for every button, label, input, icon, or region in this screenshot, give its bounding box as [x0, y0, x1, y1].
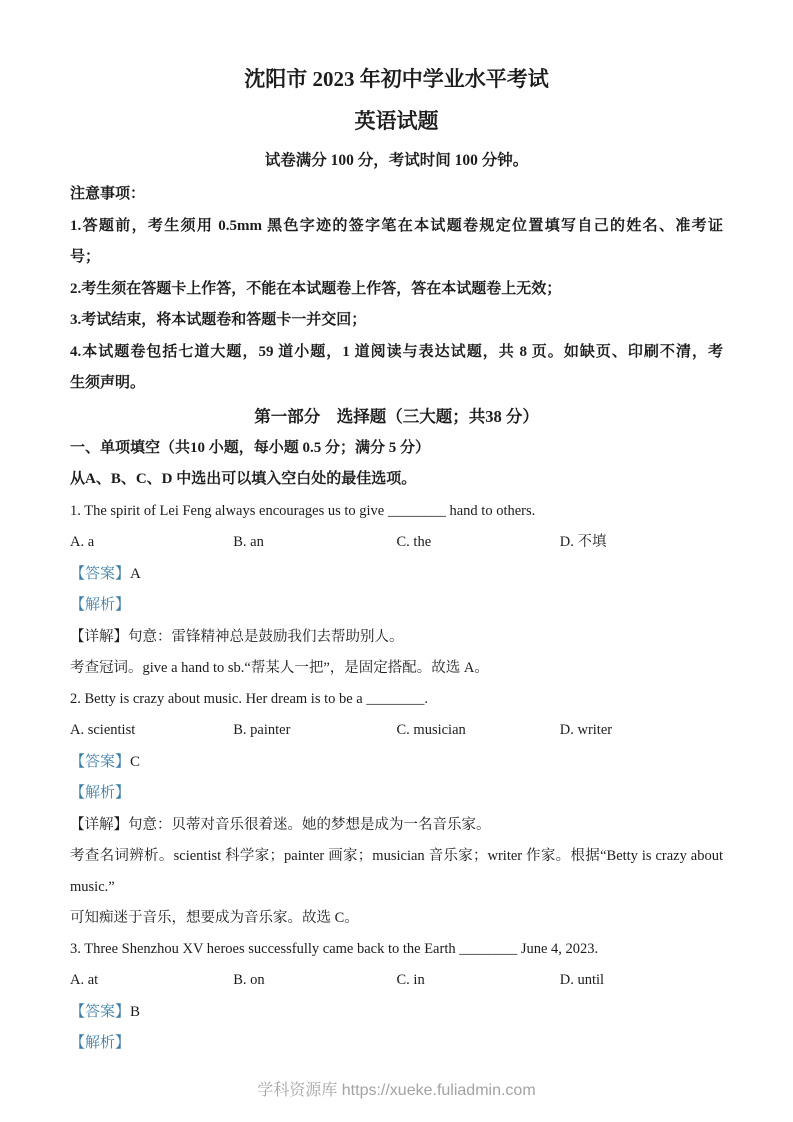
option: D. writer — [560, 715, 723, 747]
answer-value: C — [130, 754, 140, 770]
detail-line: 【详解】句意：雷锋精神总是鼓励我们去帮助别人。 — [70, 622, 723, 653]
notice-list: 1.答题前，考生须用 0.5mm 黑色字迹的签字笔在本试题卷规定位置填写自己的姓… — [70, 211, 723, 400]
footer-watermark: 学科资源库 https://xueke.fuliadmin.com — [0, 1077, 793, 1100]
option: C. the — [397, 527, 560, 559]
question-block: 2. Betty is crazy about music. Her dream… — [70, 684, 723, 934]
option: A. a — [70, 527, 233, 559]
notice-line: 4.本试题卷包括七道大题，59 道小题，1 道阅读与表达试题，共 8 页。如缺页… — [70, 337, 723, 369]
option: D. until — [560, 965, 723, 997]
question-text: 2. Betty is crazy about music. Her dream… — [70, 684, 723, 716]
question-text: 3. Three Shenzhou XV heroes successfully… — [70, 934, 723, 966]
exam-paper-page: 沈阳市 2023 年初中学业水平考试 英语试题 试卷满分 100 分，考试时间 … — [0, 0, 793, 1122]
question-block: 1. The spirit of Lei Feng always encoura… — [70, 496, 723, 684]
answer-label: 【答案】 — [70, 1004, 130, 1020]
options-row: A. atB. onC. inD. until — [70, 965, 723, 997]
option: C. musician — [397, 715, 560, 747]
option: B. on — [233, 965, 396, 997]
option: B. painter — [233, 715, 396, 747]
option: D. 不填 — [560, 527, 723, 559]
options-row: A. scientistB. painterC. musicianD. writ… — [70, 715, 723, 747]
notice-line: 号； — [70, 242, 723, 274]
detail-line: 考查名词辨析。scientist 科学家；painter 画家；musician… — [70, 841, 723, 903]
exam-title: 沈阳市 2023 年初中学业水平考试 — [70, 58, 723, 100]
notice-heading: 注意事项： — [70, 179, 723, 211]
answer-value: A — [130, 566, 141, 582]
analysis-label: 【解析】 — [70, 1035, 130, 1051]
question-block: 3. Three Shenzhou XV heroes successfully… — [70, 934, 723, 1060]
notice-line: 2.考生须在答题卡上作答，不能在本试题卷上作答，答在本试题卷上无效； — [70, 274, 723, 306]
option: A. scientist — [70, 715, 233, 747]
analysis-label: 【解析】 — [70, 785, 130, 801]
options-row: A. aB. anC. theD. 不填 — [70, 527, 723, 559]
exam-subtitle: 英语试题 — [70, 100, 723, 142]
detail-line: 可知痴迷于音乐，想要成为音乐家。故选 C。 — [70, 903, 723, 934]
analysis-line: 【解析】 — [70, 590, 723, 622]
question-text: 1. The spirit of Lei Feng always encoura… — [70, 496, 723, 528]
answer-line: 【答案】C — [70, 747, 723, 779]
analysis-label: 【解析】 — [70, 597, 130, 613]
exam-info: 试卷满分 100 分，考试时间 100 分钟。 — [70, 142, 723, 179]
part-heading: 第一部分 选择题（三大题；共38 分） — [70, 400, 723, 433]
answer-label: 【答案】 — [70, 754, 130, 770]
notice-line: 3.考试结束，将本试题卷和答题卡一并交回； — [70, 305, 723, 337]
option: C. in — [397, 965, 560, 997]
notice-line: 1.答题前，考生须用 0.5mm 黑色字迹的签字笔在本试题卷规定位置填写自己的姓… — [70, 211, 723, 243]
answer-line: 【答案】B — [70, 997, 723, 1029]
notice-line: 生须声明。 — [70, 368, 723, 400]
option: B. an — [233, 527, 396, 559]
instruction: 从A、B、C、D 中选出可以填入空白处的最佳选项。 — [70, 464, 723, 496]
analysis-line: 【解析】 — [70, 1028, 723, 1060]
answer-line: 【答案】A — [70, 559, 723, 591]
option: A. at — [70, 965, 233, 997]
analysis-line: 【解析】 — [70, 778, 723, 810]
answer-value: B — [130, 1004, 140, 1020]
detail-line: 【详解】句意：贝蒂对音乐很着迷。她的梦想是成为一名音乐家。 — [70, 810, 723, 841]
question-list: 1. The spirit of Lei Feng always encoura… — [70, 496, 723, 1060]
section-heading: 一、单项填空（共10 小题，每小题 0.5 分；满分 5 分） — [70, 433, 723, 465]
answer-label: 【答案】 — [70, 566, 130, 582]
detail-line: 考查冠词。give a hand to sb.“帮某人一把”，是固定搭配。故选 … — [70, 653, 723, 684]
